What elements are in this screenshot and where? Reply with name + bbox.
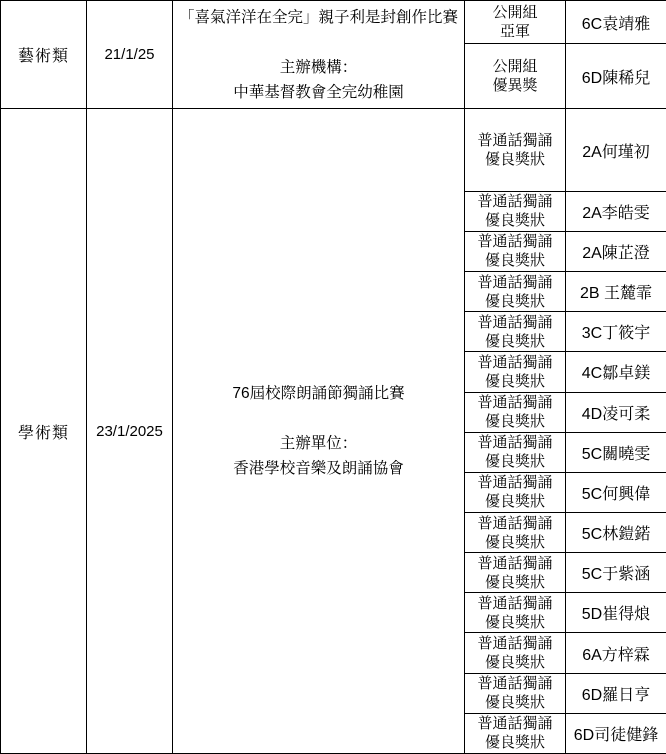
category-cell-art: 藝術類	[1, 1, 87, 109]
award-cell: 普通話獨誦 優良獎狀	[465, 512, 566, 552]
student-name-cell: 5D崔得烺	[566, 593, 666, 633]
student-name-cell: 2A陳芷澄	[566, 231, 666, 271]
award-cell: 普通話獨誦 優良獎狀	[465, 272, 566, 312]
award-cell: 普通話獨誦 優良獎狀	[465, 352, 566, 392]
category-cell-academic: 學術類	[1, 109, 87, 754]
student-name-cell: 5C關曉雯	[566, 432, 666, 472]
award-cell: 普通話獨誦 優良獎狀	[465, 191, 566, 231]
competition-cell-art: 「喜氣洋洋在全完」親子利是封創作比賽 主辦機構： 中華基督教會全完幼稚園	[173, 1, 465, 109]
award-cell: 普通話獨誦 優良獎狀	[465, 312, 566, 352]
student-name-cell: 6A方梓霖	[566, 633, 666, 673]
student-name-cell: 2B 王麓霏	[566, 272, 666, 312]
award-cell: 普通話獨誦 優良獎狀	[465, 713, 566, 753]
student-name-cell: 6D陳稀兒	[566, 44, 666, 109]
award-cell: 公開組 優異獎	[465, 44, 566, 109]
student-name-cell: 2A李皓雯	[566, 191, 666, 231]
student-name-cell: 6D司徒健鋒	[566, 713, 666, 753]
date-cell-art: 21/1/25	[87, 1, 173, 109]
award-cell: 普通話獨誦 優良獎狀	[465, 392, 566, 432]
award-cell: 普通話獨誦 優良獎狀	[465, 432, 566, 472]
award-cell: 公開組 亞軍	[465, 1, 566, 44]
student-name-cell: 6D羅日亨	[566, 673, 666, 713]
award-cell: 普通話獨誦 優良獎狀	[465, 472, 566, 512]
award-cell: 普通話獨誦 優良獎狀	[465, 673, 566, 713]
student-name-cell: 4D凌可柔	[566, 392, 666, 432]
table-row: 藝術類 21/1/25 「喜氣洋洋在全完」親子利是封創作比賽 主辦機構： 中華基…	[1, 1, 666, 44]
awards-table-body: 藝術類 21/1/25 「喜氣洋洋在全完」親子利是封創作比賽 主辦機構： 中華基…	[1, 1, 666, 754]
awards-table: 藝術類 21/1/25 「喜氣洋洋在全完」親子利是封創作比賽 主辦機構： 中華基…	[0, 0, 666, 754]
student-name-cell: 5C林鎧鍩	[566, 512, 666, 552]
competition-cell-academic: 76屆校際朗誦節獨誦比賽 主辦單位： 香港學校音樂及朗誦協會	[173, 109, 465, 754]
date-cell-academic: 23/1/2025	[87, 109, 173, 754]
award-cell: 普通話獨誦 優良獎狀	[465, 593, 566, 633]
student-name-cell: 4C鄒卓鎂	[566, 352, 666, 392]
award-cell: 普通話獨誦 優良獎狀	[465, 109, 566, 191]
award-cell: 普通話獨誦 優良獎狀	[465, 553, 566, 593]
table-row: 學術類 23/1/2025 76屆校際朗誦節獨誦比賽 主辦單位： 香港學校音樂及…	[1, 109, 666, 191]
award-cell: 普通話獨誦 優良獎狀	[465, 633, 566, 673]
student-name-cell: 6C袁靖雅	[566, 1, 666, 44]
student-name-cell: 2A何瑾初	[566, 109, 666, 191]
student-name-cell: 5C何興偉	[566, 472, 666, 512]
student-name-cell: 5C于紫涵	[566, 553, 666, 593]
award-cell: 普通話獨誦 優良獎狀	[465, 231, 566, 271]
student-name-cell: 3C丁筱宇	[566, 312, 666, 352]
